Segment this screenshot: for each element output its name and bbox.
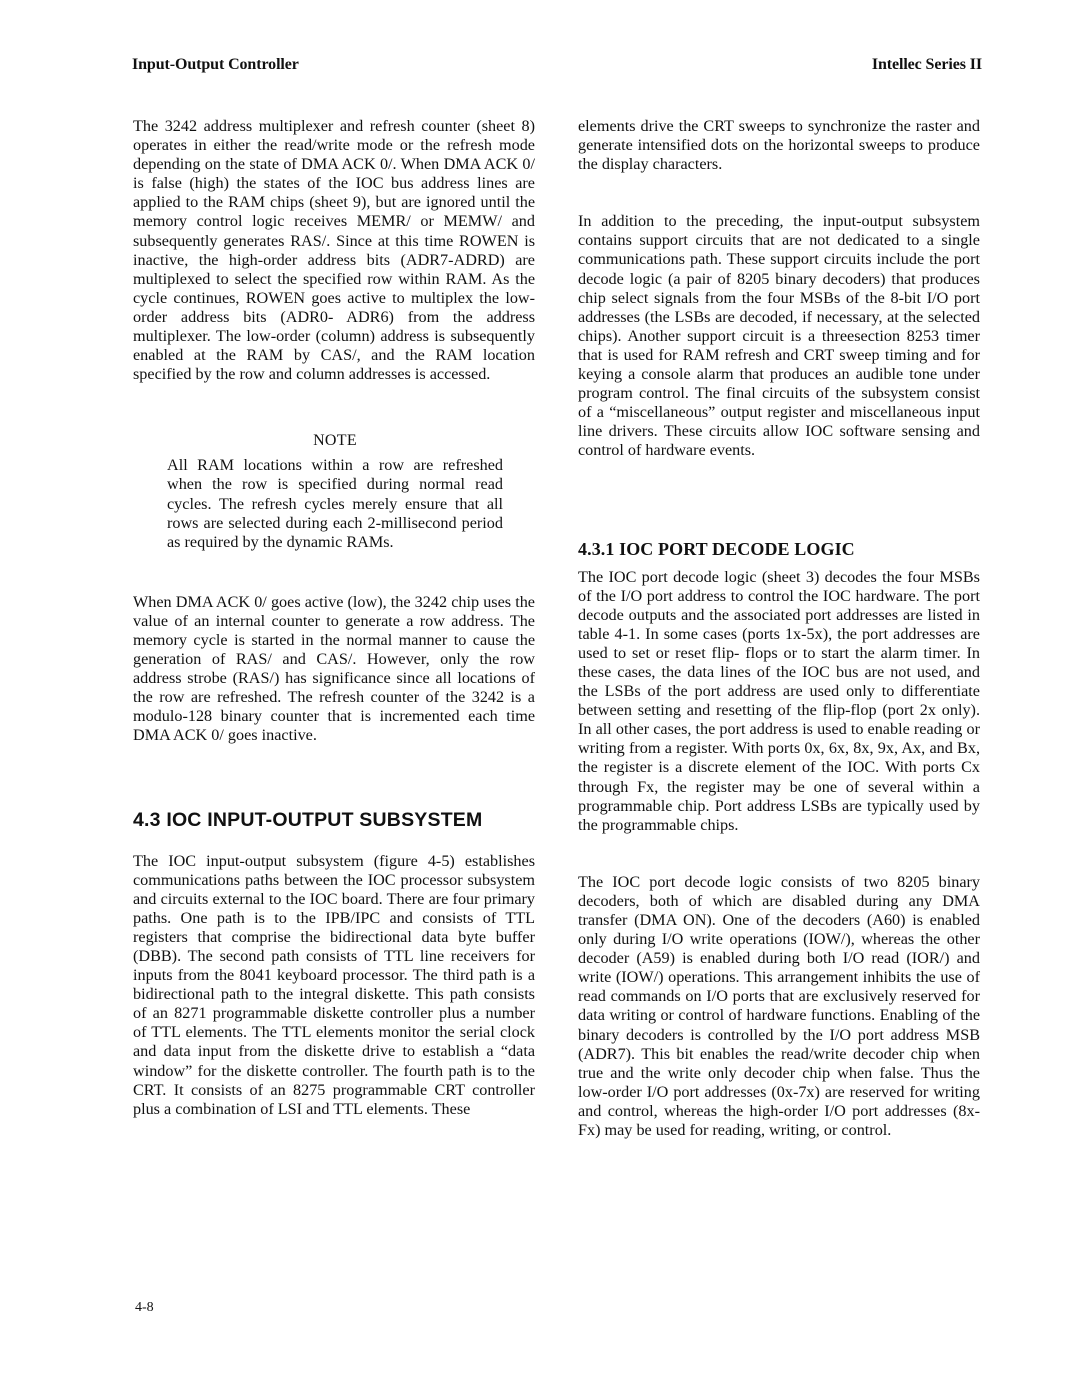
note-title: NOTE	[167, 432, 503, 450]
paragraph-support-circuits: In addition to the preceding, the input-…	[578, 212, 980, 460]
paragraph-dma-ack-active: When DMA ACK 0/ goes active (low), the 3…	[133, 593, 535, 746]
paragraph-port-decode-binary-decoders: The IOC port decode logic consists of tw…	[578, 873, 980, 1140]
right-column: elements drive the CRT sweeps to synchro…	[578, 117, 980, 1140]
section-heading-4-3: 4.3 IOC INPUT-OUTPUT SUBSYSTEM	[133, 809, 535, 832]
note-block: NOTE All RAM locations within a row are …	[167, 432, 503, 551]
paragraph-address-multiplexer: The 3242 address multiplexer and refresh…	[133, 117, 535, 384]
paragraph-io-subsystem: The IOC input-output subsystem (figure 4…	[133, 852, 535, 1119]
note-text: All RAM locations within a row are refre…	[167, 456, 503, 551]
left-column: The 3242 address multiplexer and refresh…	[133, 117, 535, 1119]
running-header-left: Input-Output Controller	[132, 56, 299, 74]
running-header-right: Intellec Series II	[872, 56, 982, 74]
paragraph-port-decode-overview: The IOC port decode logic (sheet 3) deco…	[578, 568, 980, 835]
paragraph-crt-sweeps: elements drive the CRT sweeps to synchro…	[578, 117, 980, 174]
page-number: 4-8	[135, 1300, 154, 1316]
subsection-heading-4-3-1: 4.3.1 IOC PORT DECODE LOGIC	[578, 539, 980, 560]
